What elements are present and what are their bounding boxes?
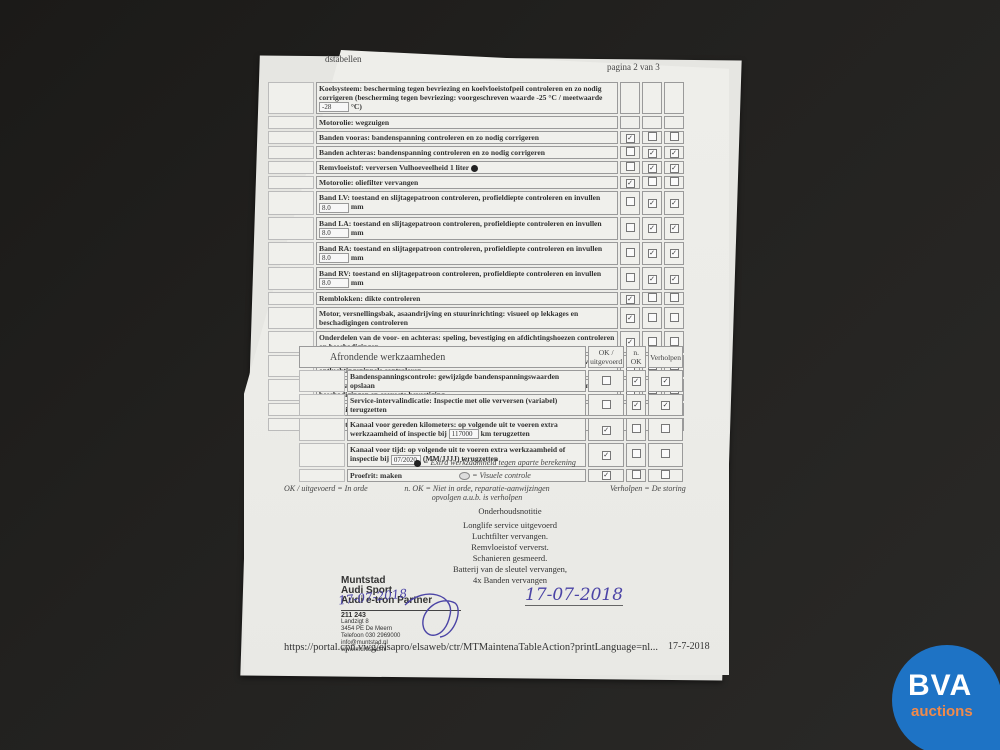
checkbox[interactable]: ✓ [626,295,635,304]
checkbox[interactable]: ✓ [670,275,679,284]
checkbox[interactable]: ✓ [632,401,641,410]
finishing-row: Bandenspanningscontrole: gewijzigde band… [299,370,683,392]
task-text: Band RV: toestand en slijtagepatroon con… [316,267,618,290]
checklist-row: Motor, versnellingsbak, asaandrijving en… [268,307,684,329]
visual-check-icon [459,472,470,480]
note-line: Luchtfilter vervangen. [380,531,640,542]
checkbox[interactable] [626,248,635,257]
value-field[interactable]: 8.0 [319,203,349,213]
note-line: Schanieren gesmeerd. [380,553,640,564]
checkbox[interactable] [648,132,657,141]
finishing-row: Kanaal voor gereden kilometers: op volge… [299,418,683,441]
task-text: Band RA: toestand en slijtagepatroon con… [316,242,618,265]
task-text: Banden achteras: bandenspanning controle… [316,146,618,159]
checkbox[interactable]: ✓ [632,377,641,386]
task-text: Banden vooras: bandenspanning controlere… [316,131,618,144]
task-text: Bandenspanningscontrole: gewijzigde band… [347,370,586,392]
finishing-title: Afrondende werkzaamheden [299,346,586,368]
legend-fixed: Verholpen = De storing [610,484,720,493]
checklist-row: Motorolie: oliefilter vervangen✓ [268,176,684,189]
checkbox[interactable] [602,376,611,385]
task-text: Remblokken: dikte controleren [316,292,618,305]
checkbox[interactable]: ✓ [648,249,657,258]
task-text: Motorolie: oliefilter vervangen [316,176,618,189]
task-text: Remvloeistof: verversen Vulhoeveelheid 1… [316,161,618,174]
col-fixed: Verholpen [648,346,683,368]
legend-extra: = Extra werkzaamheid tegen aparte bereke… [280,458,710,467]
legend-visual: = Visuele controle [280,471,710,480]
print-url: https://portal.cpn.vwg/elsapro/elsaweb/c… [284,642,658,653]
extra-work-dot-icon [414,460,421,467]
checkbox[interactable]: ✓ [626,314,635,323]
checkbox[interactable] [670,177,679,186]
handwritten-date-right: 17-07-2018 [525,585,623,606]
signature [395,585,465,645]
value-field[interactable]: 8.0 [319,253,349,263]
checkbox[interactable] [626,197,635,206]
checklist-row: Koelsysteem: bescherming tegen bevriezin… [268,82,684,114]
checkbox[interactable] [626,273,635,282]
checklist-row: Band LV: toestand en slijtagepatroon con… [268,191,684,214]
task-text: Motor, versnellingsbak, asaandrijving en… [316,307,618,329]
task-text: Motorolie: wegzuigen [316,116,618,129]
value-field[interactable]: 8.0 [319,278,349,288]
checkbox[interactable]: ✓ [648,224,657,233]
note-line: Longlife service uitgevoerd [380,520,640,531]
checklist-row: Remvloeistof: verversen Vulhoeveelheid 1… [268,161,684,174]
task-text: Service-intervalindicatie: Inspectie met… [347,394,586,416]
maintenance-notes: Onderhoudsnotitie Longlife service uitge… [380,506,640,586]
task-text: Koelsysteem: bescherming tegen bevriezin… [316,82,618,114]
checkbox[interactable] [670,293,679,302]
checkbox[interactable] [661,424,670,433]
task-text: Band LV: toestand en slijtagepatroon con… [316,191,618,214]
col-ok: OK / uitgevoerd [588,346,624,368]
checkbox[interactable] [626,147,635,156]
checkbox[interactable]: ✓ [648,199,657,208]
value-field[interactable]: -28 [319,102,349,112]
col-nok: n. OK [626,346,646,368]
checkbox[interactable]: ✓ [670,164,679,173]
checklist-row: Banden achteras: bandenspanning controle… [268,146,684,159]
checklist-row: Remblokken: dikte controleren✓ [268,292,684,305]
checkbox[interactable] [648,177,657,186]
bva-auctions-logo: BVA auctions [892,645,1000,750]
checkbox[interactable]: ✓ [648,275,657,284]
value-field[interactable]: 117000 [449,429,479,439]
checkbox[interactable]: ✓ [626,179,635,188]
print-date: 17-7-2018 [668,641,710,652]
checkbox[interactable]: ✓ [670,199,679,208]
checklist-row: Banden vooras: bandenspanning controlere… [268,131,684,144]
checkbox[interactable] [626,162,635,171]
note-line: Batterij van de sleutel vervangen, [380,564,640,575]
checklist-row: Band RA: toestand en slijtagepatroon con… [268,242,684,265]
checkbox[interactable]: ✓ [626,134,635,143]
checkbox[interactable]: ✓ [670,149,679,158]
section-header: dstabellen [325,54,362,64]
checkbox[interactable] [648,313,657,322]
checkbox[interactable] [670,313,679,322]
checkbox[interactable] [602,400,611,409]
value-field[interactable]: 8.0 [319,228,349,238]
checklist-row: Band LA: toestand en slijtagepatroon con… [268,217,684,240]
extra-work-dot-icon [471,165,478,172]
page-number: pagina 2 van 3 [607,62,660,72]
checklist-row: Band RV: toestand en slijtagepatroon con… [268,267,684,290]
notes-title: Onderhoudsnotitie [380,506,640,517]
checkbox[interactable]: ✓ [648,164,657,173]
task-text: Band LA: toestand en slijtagepatroon con… [316,217,618,240]
checkbox[interactable]: ✓ [661,401,670,410]
checkbox[interactable]: ✓ [602,426,611,435]
checkbox[interactable] [670,132,679,141]
checkbox[interactable] [626,223,635,232]
checkbox[interactable]: ✓ [670,224,679,233]
finishing-row: Service-intervalindicatie: Inspectie met… [299,394,683,416]
checkbox[interactable]: ✓ [648,149,657,158]
legend-nok: n. OK = Niet in orde, reparatie-aanwijzi… [392,484,562,502]
checkbox[interactable] [648,293,657,302]
checkbox[interactable]: ✓ [661,377,670,386]
note-line: Remvloeistof ververst. [380,542,640,553]
task-text: Kanaal voor gereden kilometers: op volge… [347,418,586,441]
checklist-row: Motorolie: wegzuigen [268,116,684,129]
checkbox[interactable]: ✓ [670,249,679,258]
checkbox[interactable] [632,424,641,433]
legend-ok: OK / uitgevoerd = In orde [284,484,394,493]
